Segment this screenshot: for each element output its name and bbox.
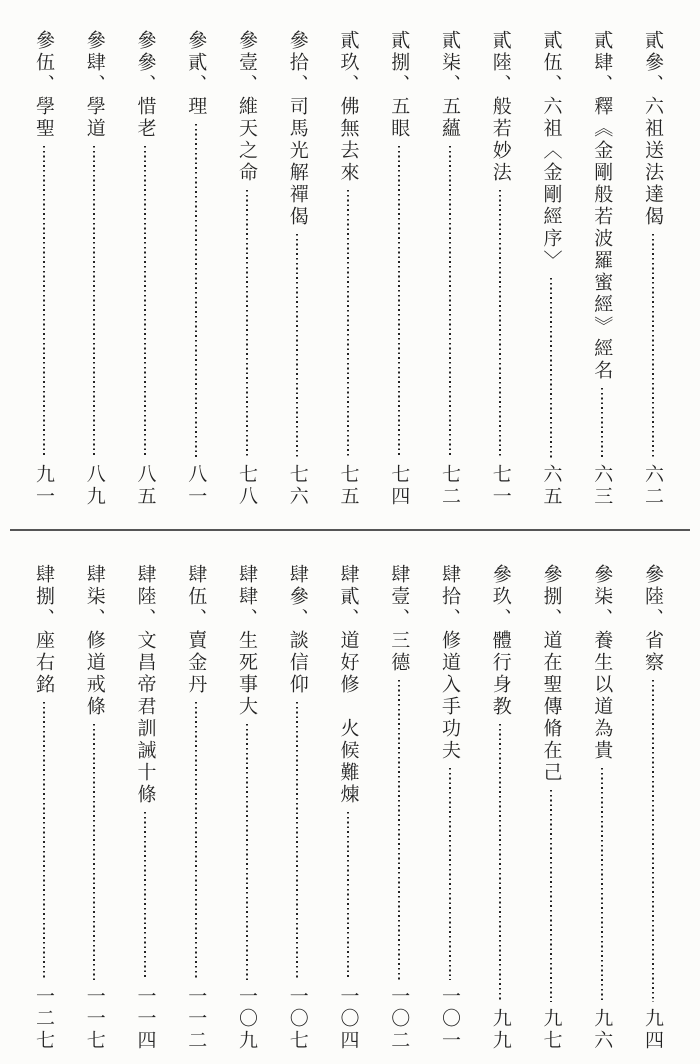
entry-number: 肆捌 <box>34 564 53 608</box>
entry-page: 一〇一 <box>440 986 459 1052</box>
entry-title: 生死事大 <box>237 630 256 718</box>
dot-leader <box>93 724 95 980</box>
dot-leader <box>398 680 400 980</box>
entry-title: 學道 <box>85 96 104 140</box>
ideographic-comma: 、 <box>643 74 662 96</box>
entry-page: 一二七 <box>34 986 53 1052</box>
entry-title: 道好修 火候難煉 <box>339 630 358 806</box>
entry-page: 六二 <box>643 464 662 508</box>
ideographic-comma: 、 <box>389 608 408 630</box>
entry-page: 七一 <box>491 464 510 508</box>
toc-entry: 參壹 、 維天之命 七八 <box>237 30 256 508</box>
ideographic-comma: 、 <box>136 608 155 630</box>
ideographic-comma: 、 <box>136 74 155 96</box>
dot-leader <box>195 124 197 458</box>
entry-page: 九六 <box>592 1008 611 1052</box>
dot-leader <box>296 702 298 980</box>
dot-leader <box>144 812 146 980</box>
entry-title: 五眼 <box>389 96 408 140</box>
entry-page: 八五 <box>136 464 155 508</box>
entry-title: 談信仰 <box>288 630 307 696</box>
entry-title: 座右銘 <box>34 630 53 696</box>
dot-leader <box>398 146 400 458</box>
ideographic-comma: 、 <box>440 74 459 96</box>
entry-number: 參肆 <box>85 30 104 74</box>
ideographic-comma: 、 <box>592 608 611 630</box>
entry-number: 貳玖 <box>339 30 358 74</box>
dot-leader <box>601 768 603 1002</box>
dot-leader <box>499 190 501 458</box>
entry-number: 肆柒 <box>85 564 104 608</box>
entry-title: 六祖〈金剛經序〉 <box>542 96 561 272</box>
toc-entry: 肆伍 、 賣金丹 一一二 <box>186 564 205 1052</box>
toc-entry: 貳柒 、 五蘊 七二 <box>440 30 459 508</box>
toc-entry: 參肆 、 學道 八九 <box>85 30 104 508</box>
toc-section-upper: 貳參 、 六祖送法達偈 六二 貳肆 、 釋《金剛般若波羅蜜經》經名 六三 貳伍 … <box>34 30 662 508</box>
dot-leader <box>144 146 146 458</box>
toc-entry: 參拾 、 司馬光解禪偈 七六 <box>288 30 307 508</box>
ideographic-comma: 、 <box>288 608 307 630</box>
entry-page: 一一二 <box>186 986 205 1052</box>
entry-title: 三德 <box>389 630 408 674</box>
entry-page: 七二 <box>440 464 459 508</box>
entry-title: 道在聖傳脩在己 <box>542 630 561 784</box>
dot-leader <box>246 724 248 980</box>
entry-page: 一〇七 <box>288 986 307 1052</box>
entry-number: 參拾 <box>288 30 307 74</box>
entry-number: 貳肆 <box>592 30 611 74</box>
dot-leader <box>652 234 654 458</box>
entry-title: 省察 <box>643 630 662 674</box>
entry-number: 貳伍 <box>542 30 561 74</box>
toc-entry: 貳玖 、 佛無去來 七五 <box>339 30 358 508</box>
ideographic-comma: 、 <box>34 74 53 96</box>
entry-number: 參陸 <box>643 564 662 608</box>
entry-number: 肆陸 <box>136 564 155 608</box>
entry-title: 理 <box>186 96 205 118</box>
entry-number: 貳陸 <box>491 30 510 74</box>
dot-leader <box>43 146 45 458</box>
entry-number: 肆貳 <box>339 564 358 608</box>
toc-entry: 貳捌 、 五眼 七四 <box>389 30 408 508</box>
entry-number: 貳柒 <box>440 30 459 74</box>
entry-title: 學聖 <box>34 96 53 140</box>
entry-number: 參捌 <box>542 564 561 608</box>
entry-title: 體行身教 <box>491 630 510 718</box>
entry-page: 七六 <box>288 464 307 508</box>
entry-number: 參貳 <box>186 30 205 74</box>
entry-page: 九九 <box>491 1008 510 1052</box>
entry-title: 五蘊 <box>440 96 459 140</box>
entry-title: 般若妙法 <box>491 96 510 184</box>
dot-leader <box>499 724 501 1002</box>
entry-page: 七八 <box>237 464 256 508</box>
entry-page: 七五 <box>339 464 358 508</box>
entry-number: 參伍 <box>34 30 53 74</box>
entry-title: 養生以道為貴 <box>592 630 611 762</box>
entry-title: 惜老 <box>136 96 155 140</box>
toc-entry: 肆貳 、 道好修 火候難煉 一〇四 <box>339 564 358 1052</box>
ideographic-comma: 、 <box>440 608 459 630</box>
entry-page: 九四 <box>643 1008 662 1052</box>
section-divider <box>10 529 690 531</box>
ideographic-comma: 、 <box>542 608 561 630</box>
ideographic-comma: 、 <box>288 74 307 96</box>
entry-number: 貳捌 <box>389 30 408 74</box>
dot-leader <box>93 146 95 458</box>
entry-page: 八一 <box>186 464 205 508</box>
entry-page: 六三 <box>592 464 611 508</box>
ideographic-comma: 、 <box>85 608 104 630</box>
entry-title: 文昌帝君訓誡十條 <box>136 630 155 806</box>
toc-entry: 肆捌 、 座右銘 一二七 <box>34 564 53 1052</box>
entry-page: 六五 <box>542 464 561 508</box>
toc-entry: 參貳 、 理 八一 <box>186 30 205 508</box>
dot-leader <box>296 234 298 458</box>
toc-entry: 參陸 、 省察 九四 <box>643 564 662 1052</box>
entry-number: 肆肆 <box>237 564 256 608</box>
entry-number: 參柒 <box>592 564 611 608</box>
entry-page: 九一 <box>34 464 53 508</box>
toc-entry: 肆拾 、 修道入手功夫 一〇一 <box>440 564 459 1052</box>
entry-title: 佛無去來 <box>339 96 358 184</box>
toc-entry: 肆參 、 談信仰 一〇七 <box>288 564 307 1052</box>
ideographic-comma: 、 <box>592 74 611 96</box>
ideographic-comma: 、 <box>339 608 358 630</box>
ideographic-comma: 、 <box>186 608 205 630</box>
ideographic-comma: 、 <box>339 74 358 96</box>
ideographic-comma: 、 <box>34 608 53 630</box>
toc-entry: 貳肆 、 釋《金剛般若波羅蜜經》經名 六三 <box>592 30 611 508</box>
toc-page: { "page": { "background": "#fcfcfa", "in… <box>0 0 700 1064</box>
ideographic-comma: 、 <box>491 608 510 630</box>
dot-leader <box>246 190 248 458</box>
toc-entry: 參伍 、 學聖 九一 <box>34 30 53 508</box>
entry-title: 賣金丹 <box>186 630 205 696</box>
dot-leader <box>449 768 451 980</box>
entry-page: 九七 <box>542 1008 561 1052</box>
dot-leader <box>347 190 349 458</box>
entry-number: 貳參 <box>643 30 662 74</box>
ideographic-comma: 、 <box>85 74 104 96</box>
dot-leader <box>550 278 552 458</box>
toc-entry: 貳伍 、 六祖〈金剛經序〉 六五 <box>542 30 561 508</box>
entry-number: 肆伍 <box>186 564 205 608</box>
toc-entry: 肆柒 、 修道戒條 一一七 <box>85 564 104 1052</box>
ideographic-comma: 、 <box>389 74 408 96</box>
ideographic-comma: 、 <box>237 608 256 630</box>
entry-number: 肆參 <box>288 564 307 608</box>
entry-page: 一〇四 <box>339 986 358 1052</box>
entry-page: 七四 <box>389 464 408 508</box>
entry-number: 肆壹 <box>389 564 408 608</box>
entry-title: 司馬光解禪偈 <box>288 96 307 228</box>
entry-title: 六祖送法達偈 <box>643 96 662 228</box>
dot-leader <box>43 702 45 980</box>
dot-leader <box>550 790 552 1002</box>
ideographic-comma: 、 <box>542 74 561 96</box>
entry-page: 一〇九 <box>237 986 256 1052</box>
dot-leader <box>601 388 603 458</box>
entry-number: 參玖 <box>491 564 510 608</box>
dot-leader <box>347 812 349 980</box>
entry-page: 一一四 <box>136 986 155 1052</box>
entry-number: 參壹 <box>237 30 256 74</box>
ideographic-comma: 、 <box>237 74 256 96</box>
entry-title: 釋《金剛般若波羅蜜經》經名 <box>592 96 611 382</box>
entry-page: 一〇二 <box>389 986 408 1052</box>
entry-number: 參參 <box>136 30 155 74</box>
entry-title: 維天之命 <box>237 96 256 184</box>
toc-entry: 參玖 、 體行身教 九九 <box>491 564 510 1052</box>
toc-entry: 參捌 、 道在聖傳脩在己 九七 <box>542 564 561 1052</box>
toc-entry: 參參 、 惜老 八五 <box>136 30 155 508</box>
entry-page: 一一七 <box>85 986 104 1052</box>
toc-section-lower: 參陸 、 省察 九四 參柒 、 養生以道為貴 九六 參捌 、 道在聖傳脩在己 九… <box>34 564 662 1052</box>
toc-entry: 貳陸 、 般若妙法 七一 <box>491 30 510 508</box>
entry-page: 八九 <box>85 464 104 508</box>
ideographic-comma: 、 <box>186 74 205 96</box>
toc-entry: 肆壹 、 三德 一〇二 <box>389 564 408 1052</box>
ideographic-comma: 、 <box>643 608 662 630</box>
dot-leader <box>652 680 654 1002</box>
dot-leader <box>449 146 451 458</box>
entry-title: 修道戒條 <box>85 630 104 718</box>
toc-entry: 肆肆 、 生死事大 一〇九 <box>237 564 256 1052</box>
toc-entry: 肆陸 、 文昌帝君訓誡十條 一一四 <box>136 564 155 1052</box>
ideographic-comma: 、 <box>491 74 510 96</box>
toc-entry: 參柒 、 養生以道為貴 九六 <box>592 564 611 1052</box>
dot-leader <box>195 702 197 980</box>
toc-entry: 貳參 、 六祖送法達偈 六二 <box>643 30 662 508</box>
entry-title: 修道入手功夫 <box>440 630 459 762</box>
entry-number: 肆拾 <box>440 564 459 608</box>
